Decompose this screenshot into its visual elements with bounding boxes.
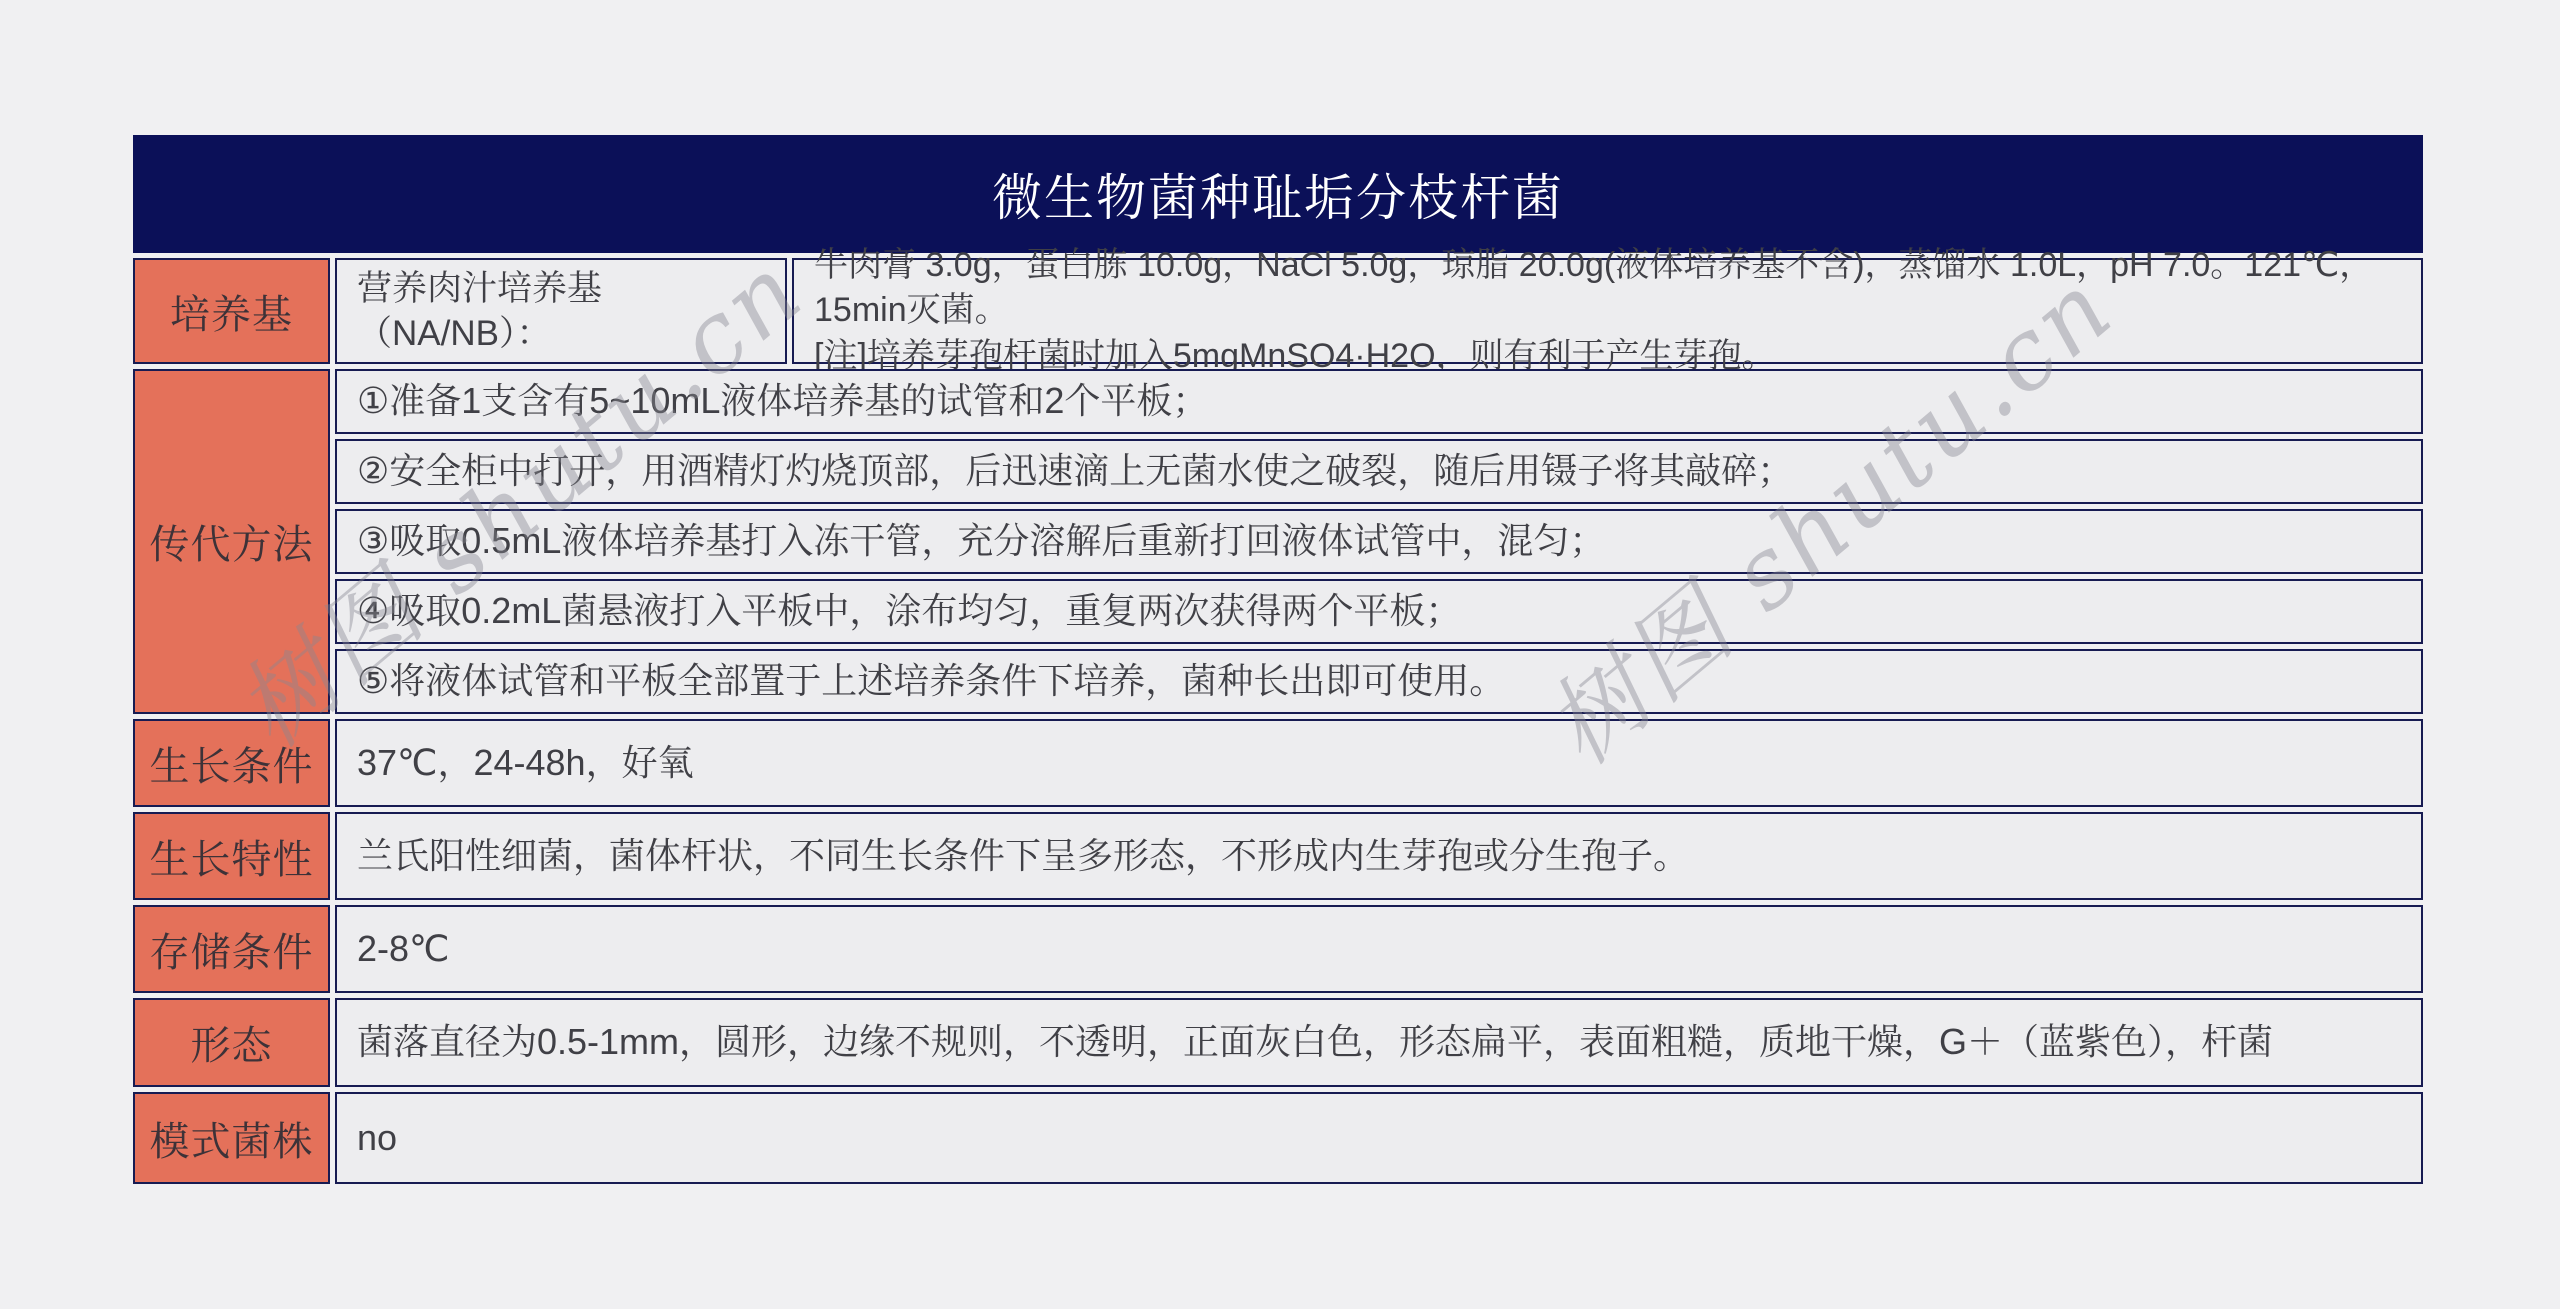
row-label-passage-method: 传代方法 [133,369,330,714]
title-bar: 微生物菌种耻垢分枝杆菌 [133,135,2423,253]
row-label-morphology: 形态 [133,998,330,1087]
storage-conditions-value: 2-8℃ [335,905,2423,993]
growth-conditions-value: 37℃，24-48h，好氧 [335,719,2423,807]
page: { "title": "微生物菌种耻垢分枝杆菌", "watermark": {… [0,0,2560,1309]
type-strain-value: no [335,1092,2423,1184]
growth-characteristics-value: 兰氏阳性细菌，菌体杆状，不同生长条件下呈多形态，不形成内生芽孢或分生孢子。 [335,812,2423,900]
strain-info-sheet: 微生物菌种耻垢分枝杆菌 培养基 营养肉汁培养基（NA/NB）： 牛肉膏 3.0g… [133,135,2423,1184]
passage-step-5: ⑤将液体试管和平板全部置于上述培养条件下培养，菌种长出即可使用。 [335,649,2423,714]
passage-step-2: ②安全柜中打开，用酒精灯灼烧顶部，后迅速滴上无菌水使之破裂，随后用镊子将其敲碎； [335,439,2423,504]
row-label-storage-conditions: 存储条件 [133,905,330,993]
passage-step-4: ④吸取0.2mL菌悬液打入平板中，涂布均匀，重复两次获得两个平板； [335,579,2423,644]
culture-medium-recipe: 牛肉膏 3.0g，蛋白胨 10.0g，NaCl 5.0g，琼脂 20.0g(液体… [792,258,2423,364]
strain-info-table: 培养基 营养肉汁培养基（NA/NB）： 牛肉膏 3.0g，蛋白胨 10.0g，N… [133,258,2423,1184]
culture-medium-recipe-line1: 牛肉膏 3.0g，蛋白胨 10.0g，NaCl 5.0g，琼脂 20.0g(液体… [814,243,2411,334]
culture-medium-name: 营养肉汁培养基（NA/NB）： [335,258,787,364]
row-label-culture-medium: 培养基 [133,258,330,364]
row-label-type-strain: 模式菌株 [133,1092,330,1184]
row-label-growth-conditions: 生长条件 [133,719,330,807]
passage-step-3: ③吸取0.5mL液体培养基打入冻干管，充分溶解后重新打回液体试管中，混匀； [335,509,2423,574]
morphology-value: 菌落直径为0.5-1mm，圆形，边缘不规则，不透明，正面灰白色，形态扁平，表面粗… [335,998,2423,1087]
passage-step-1: ①准备1支含有5~10mL液体培养基的试管和2个平板； [335,369,2423,434]
row-label-growth-characteristics: 生长特性 [133,812,330,900]
page-title: 微生物菌种耻垢分枝杆菌 [992,158,1564,230]
